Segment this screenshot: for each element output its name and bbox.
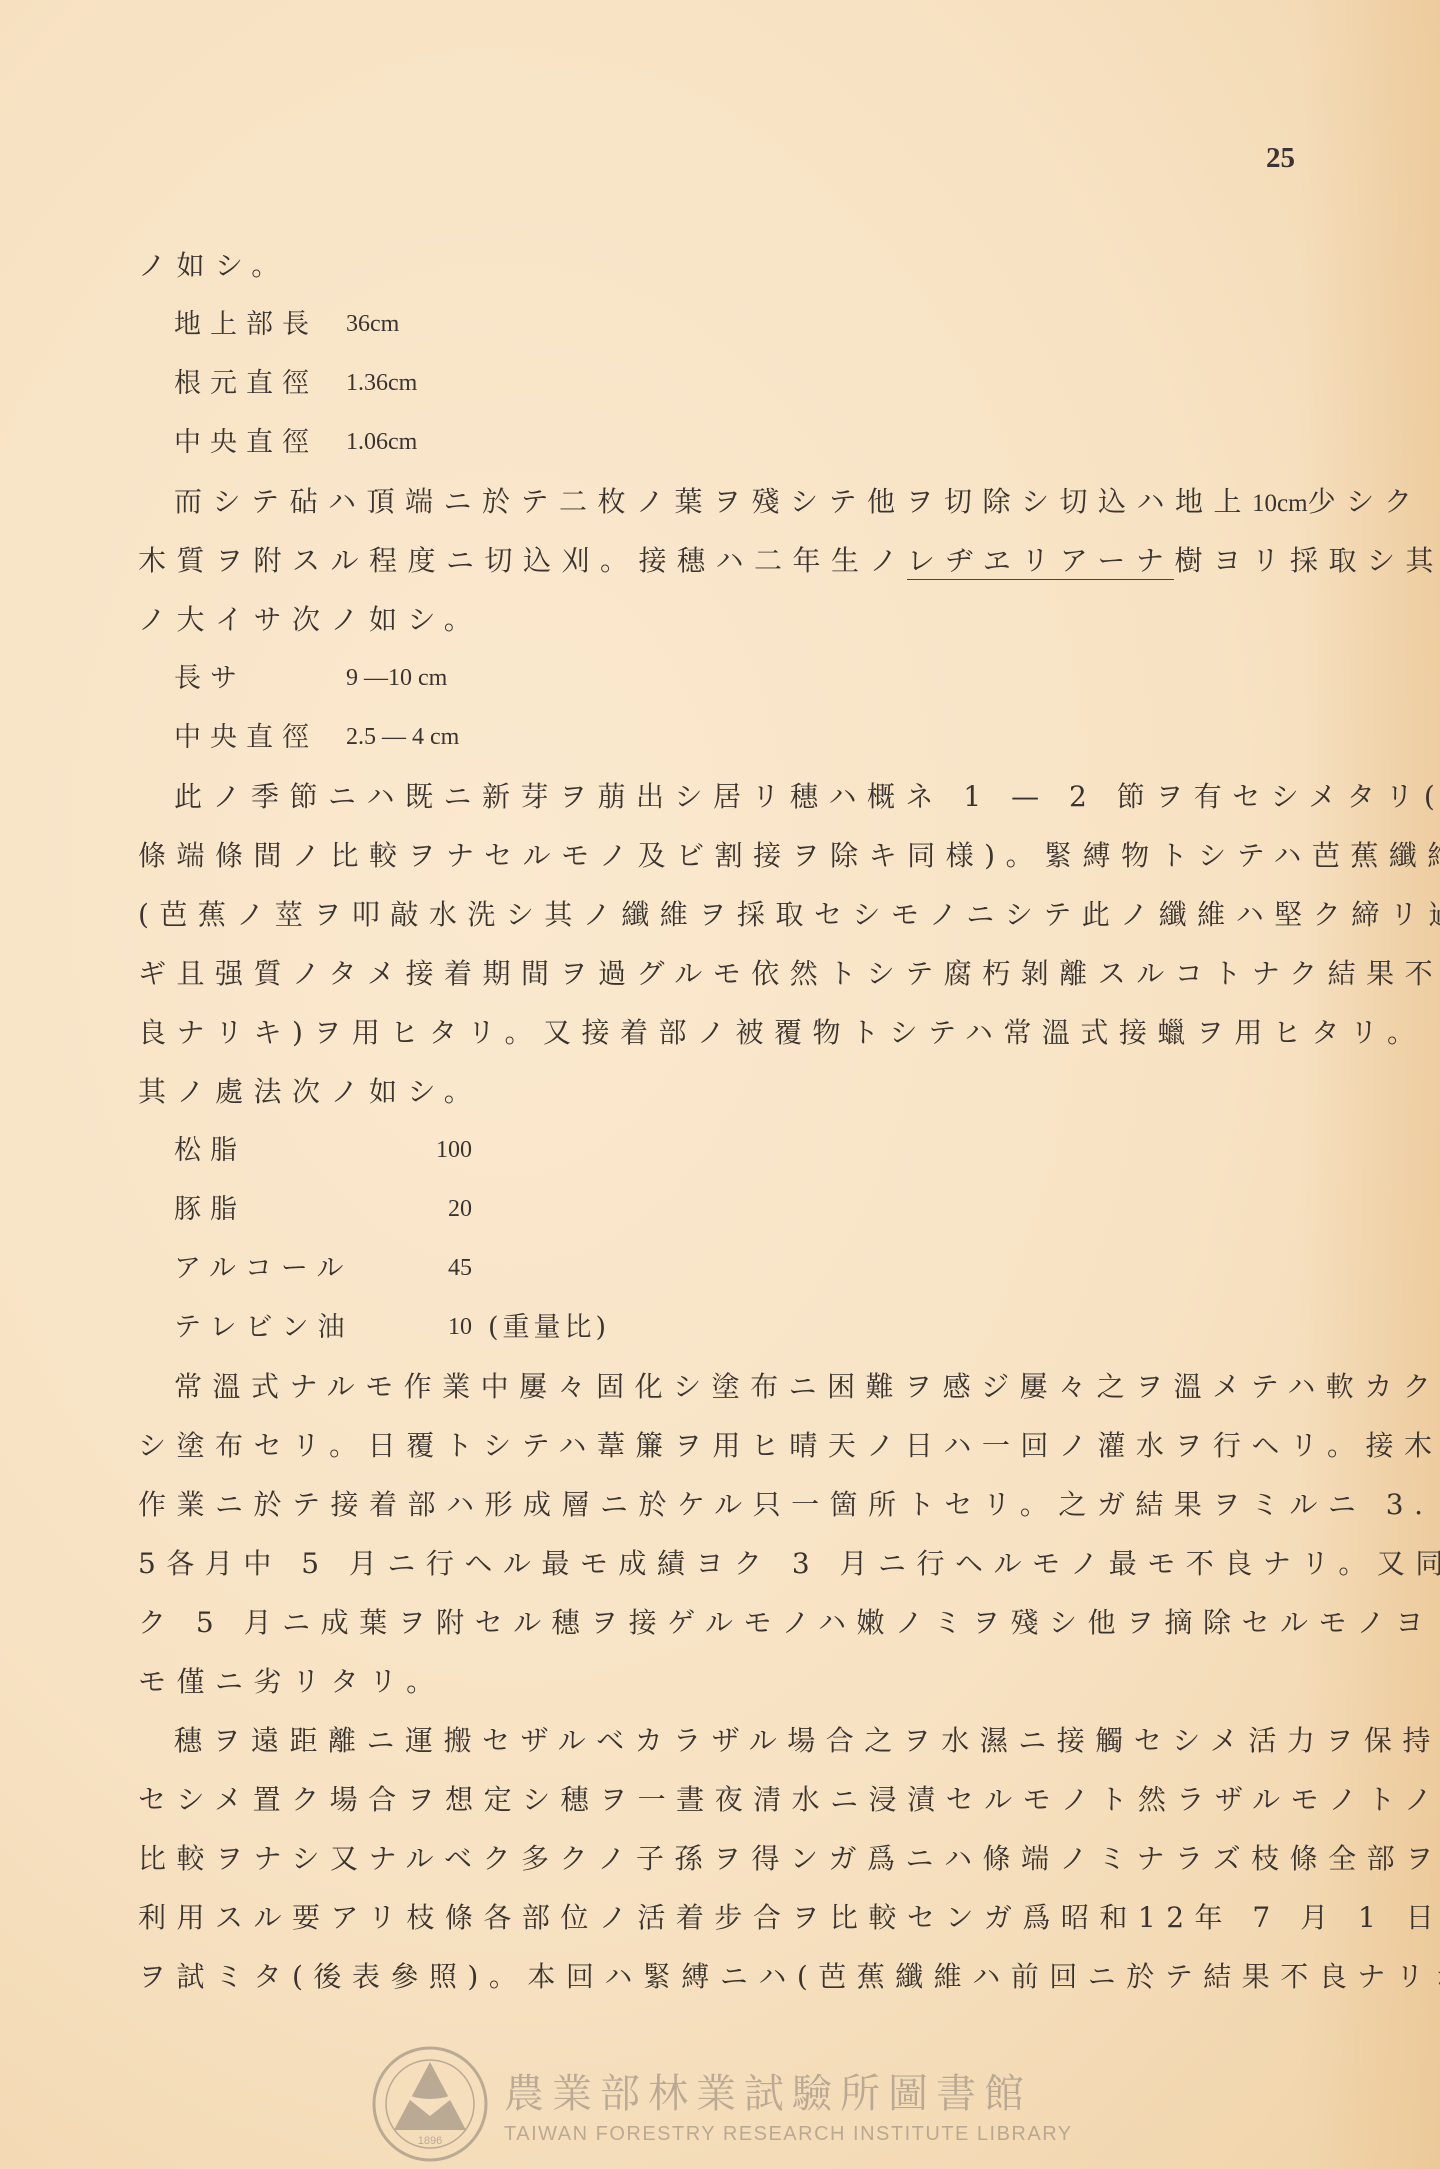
ingredient-label: アルコール [174, 1239, 434, 1298]
measurement-value: 9 —10 cm [346, 649, 447, 708]
page-number: 25 [1266, 142, 1295, 175]
ingredient-amount: 100 [434, 1121, 472, 1180]
wax-recipe-row: アルコール 45 [138, 1239, 1308, 1298]
library-name-en: TAIWAN FORESTRY RESEARCH INSTITUTE LIBRA… [504, 2123, 1073, 2146]
measurement-row: 中央直徑 1.06cm [138, 413, 1308, 472]
measurement-row: 地上部長 36cm [138, 295, 1308, 354]
scion-measurement-row: 中央直徑 2.5 — 4 cm [138, 708, 1308, 767]
measurement-value: 36cm [346, 295, 399, 354]
paragraph-line: セシメ置ク場合ヲ想定シ穗ヲ一晝夜清水ニ浸漬セルモノト然ラザルモノトノ [138, 1770, 1308, 1829]
wax-recipe-row: 松脂 100 [138, 1121, 1308, 1180]
institute-seal-icon: 1896 [370, 2044, 490, 2164]
measurement-row: 根元直徑 1.36cm [138, 354, 1308, 413]
paragraph-line: 而シテ砧ハ頂端ニ於テ二枚ノ葉ヲ殘シテ他ヲ切除シ切込ハ地上10cm少シク [138, 472, 1308, 531]
ingredient-amount: 45 [434, 1239, 472, 1298]
document-body: ノ如シ。 地上部長 36cm 根元直徑 1.36cm 中央直徑 1.06cm 而… [138, 236, 1308, 2006]
measurement-value: 1.06cm [346, 413, 417, 472]
library-watermark: 1896 農業部林業試驗所圖書館 TAIWAN FORESTRY RESEARC… [370, 2044, 1073, 2164]
measurement-value: 2.5 — 4 cm [346, 708, 459, 767]
paragraph-line: (芭蕉ノ莖ヲ叩敲水洗シ其ノ纖維ヲ採取セシモノニシテ此ノ纖維ハ堅ク締リ過 [138, 885, 1308, 944]
paragraph-line: 穗ヲ遠距離ニ運搬セザルベカラザル場合之ヲ水濕ニ接觸セシメ活力ヲ保持 [138, 1711, 1308, 1770]
paragraph-line: 良ナリキ)ヲ用ヒタリ。又接着部ノ被覆物トシテハ常溫式接蠟ヲ用ヒタリ。 [138, 1003, 1308, 1062]
ingredient-amount: 10 [434, 1298, 472, 1357]
ingredient-amount: 20 [434, 1180, 472, 1239]
library-name-zh: 農業部林業試驗所圖書館 [504, 2062, 1073, 2119]
scion-measurement-row: 長サ 9 —10 cm [138, 649, 1308, 708]
paragraph-line: 其ノ處法次ノ如シ。 [138, 1062, 1308, 1121]
paragraph-line: ヲ試ミタ(後表參照)。本回ハ緊縛ニハ(芭蕉纖維ハ前回ニ於テ結果不良ナリシ爲) [138, 1947, 1308, 2006]
paragraph-line: ノ大イサ次ノ如シ。 [138, 590, 1308, 649]
paragraph-line: 比較ヲナシ又ナルベク多クノ子孫ヲ得ンガ爲ニハ條端ノミナラズ枝條全部ヲ [138, 1829, 1308, 1888]
paragraph-line: シ塗布セリ。日覆トシテハ葦簾ヲ用ヒ晴天ノ日ハ一回ノ灌水ヲ行ヘリ。接木 [138, 1416, 1308, 1475]
measurement-label: 長サ [174, 649, 346, 708]
measurement-label: 根元直徑 [174, 354, 346, 413]
paragraph-line: 條端條間ノ比較ヲナセルモノ及ビ割接ヲ除キ同様)。緊縛物トシテハ芭蕉纖維 [138, 826, 1308, 885]
paragraph-line: ク 5 月ニ成葉ヲ附セル穗ヲ接ゲルモノハ嫩ノミヲ殘シ他ヲ摘除セルモノヨリ [138, 1593, 1308, 1652]
text-line: ノ如シ。 [138, 236, 1308, 295]
paragraph-line: 作業ニ於テ接着部ハ形成層ニ於ケル只一箇所トセリ。之ガ結果ヲミルニ 3. 4 [138, 1475, 1308, 1534]
weight-ratio-note: (重量比) [488, 1298, 610, 1357]
wax-recipe-row: 豚脂 20 [138, 1180, 1308, 1239]
paragraph-line: 木質ヲ附スル程度ニ切込刈。接穗ハ二年生ノレヂヱリアーナ樹ヨリ採取シ其 [138, 531, 1308, 590]
paragraph-line: モ僅ニ劣リタリ。 [138, 1652, 1308, 1711]
ingredient-label: テレビン油 [174, 1298, 434, 1357]
measurement-label: 地上部長 [174, 295, 346, 354]
paragraph-line: 5各月中 5 月ニ行ヘル最モ成績ヨク 3 月ニ行ヘルモノ最モ不良ナリ。又同ジ [138, 1534, 1308, 1593]
ingredient-label: 豚脂 [174, 1180, 434, 1239]
underlined-species-name: レヂヱリアーナ [907, 544, 1175, 580]
paragraph-line: 利用スル要アリ枝條各部位ノ活着步合ヲ比較センガ爲昭和12年 7 月 1 日切接 [138, 1888, 1308, 1947]
paragraph-line: ギ且强質ノタメ接着期間ヲ過グルモ依然トシテ腐朽剝離スルコトナク結果不 [138, 944, 1308, 1003]
measurement-label: 中央直徑 [174, 413, 346, 472]
svg-text:1896: 1896 [418, 2135, 442, 2147]
paragraph-line: 此ノ季節ニハ既ニ新芽ヲ萠出シ居リ穗ハ概ネ 1 — 2 節ヲ有セシメタリ(以下 [138, 767, 1308, 826]
measurement-value: 1.36cm [346, 354, 417, 413]
ingredient-label: 松脂 [174, 1121, 434, 1180]
wax-recipe-row: テレビン油 10 (重量比) [138, 1298, 1308, 1357]
paragraph-line: 常溫式ナルモ作業中屢々固化シ塗布ニ困難ヲ感ジ屢々之ヲ溫メテハ軟カク [138, 1357, 1308, 1416]
measurement-label: 中央直徑 [174, 708, 346, 767]
